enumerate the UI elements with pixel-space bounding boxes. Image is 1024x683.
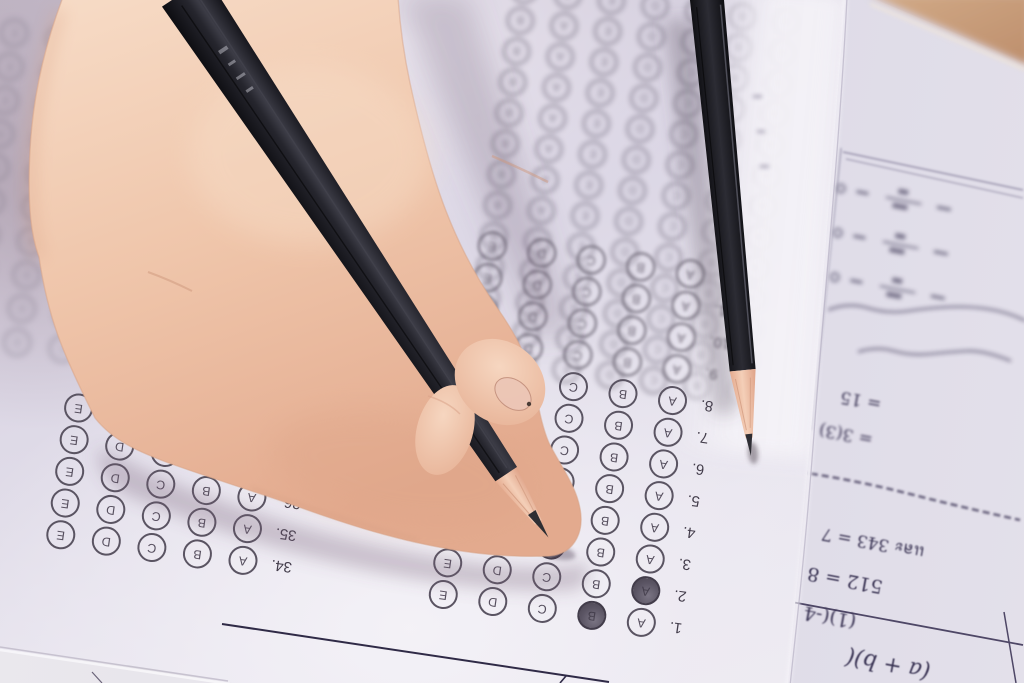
underlying-paper-edge <box>0 647 230 683</box>
table-surface-corner <box>868 0 1024 66</box>
blurred-margin-marks <box>753 95 769 168</box>
scene-overlay <box>0 0 1024 683</box>
answer-sheet-box-line <box>222 624 609 683</box>
pencil-smudge-speck <box>527 402 531 406</box>
answer-sheet-edge-highlight <box>788 0 845 683</box>
photo-answer-sheet-scene: ABCDEABCDEABCDEABCDEABCDEABCDEABCDEABCDE… <box>0 0 1024 683</box>
